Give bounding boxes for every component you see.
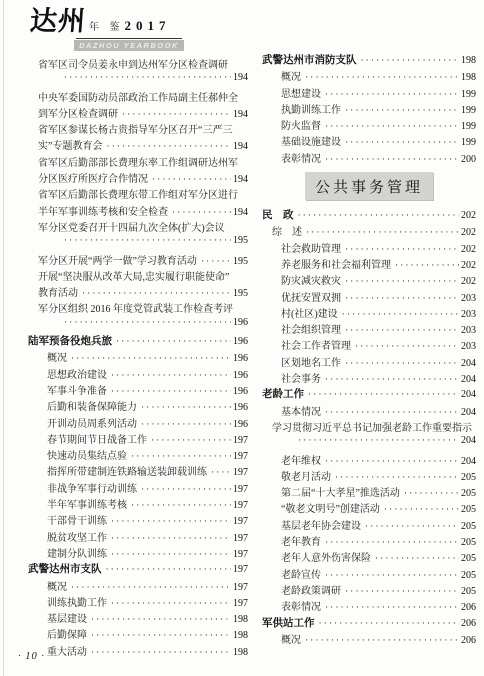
entry-page-number: 199 <box>461 121 476 132</box>
dot-leader <box>116 336 231 347</box>
entry-title: 半年军事训练考核和安全检查 <box>38 203 168 218</box>
dot-leader <box>131 500 231 511</box>
dot-leader <box>325 154 459 165</box>
entry-page-number: 197 <box>233 500 248 511</box>
dot-leader <box>308 389 459 400</box>
dot-leader <box>395 260 459 271</box>
toc-entry-line: 基础设施建设199 <box>262 133 476 149</box>
toc-entry-line: 省军区司令员姜永申到达州军分区检查调研 <box>28 56 248 72</box>
entry-page-number: 198 <box>461 55 476 66</box>
toc-entry-line: 社会事务204 <box>262 370 476 386</box>
dot-leader <box>111 549 231 560</box>
entry-title: 社会救助管理 <box>281 240 341 255</box>
entry-page-number: 206 <box>461 618 476 629</box>
toc-entry-line: 教育活动195 <box>28 284 248 300</box>
masthead-title: 达州 <box>29 8 87 35</box>
dot-leader <box>111 516 231 527</box>
entry-page-number: 196 <box>233 317 248 328</box>
entry-page-number: 196 <box>233 386 248 397</box>
entry-page-number: 194 <box>233 109 248 120</box>
toc-entry-line: 社会组织管理203 <box>262 321 476 337</box>
entry-title: 陆军预备役炮兵旅 <box>28 333 112 348</box>
toc-entry-line: “敬老文明号”创建活动205 <box>262 500 476 516</box>
entry-page-number: 197 <box>233 533 248 544</box>
toc-entry-line: 分区医疗所医疗合作情况194 <box>28 170 248 186</box>
entry-title: 武警达州市支队 <box>28 561 102 576</box>
toc-entry-line: 196 <box>28 317 248 333</box>
toc-entry-line: 指挥所带建制连铁路输送装卸载训练197 <box>28 463 248 479</box>
toc-entry-line: 执勤训练工作199 <box>262 101 476 117</box>
toc-entry-line: 军事斗争准备196 <box>28 382 248 398</box>
dot-leader <box>305 635 459 646</box>
entry-title: 社会组织管理 <box>281 321 341 336</box>
toc-entry-line: 概况197 <box>28 578 248 594</box>
entry-title: 军分区党委召开十四届九次全体(扩大)会议 <box>38 219 225 234</box>
entry-title: 第二届“十大孝星”推选活动 <box>281 484 400 499</box>
dot-leader <box>141 402 231 413</box>
entry-page-number: 202 <box>461 244 476 255</box>
masthead-banner: DAZHOU YEARBOOK <box>74 40 184 51</box>
dot-leader <box>384 504 459 515</box>
entry-page-number: 197 <box>233 467 248 478</box>
entry-page-number: 196 <box>233 336 248 347</box>
dot-leader <box>71 353 231 364</box>
entry-page-number: 204 <box>461 435 476 446</box>
entry-title: 军分区组织 2016 年度党管武装工作检查考评 <box>38 300 233 315</box>
page-scan-edge <box>3 0 4 676</box>
toc-entry-line: 思想政治建设196 <box>28 366 248 382</box>
dot-leader <box>365 521 459 532</box>
dot-leader <box>82 288 231 299</box>
entry-page-number: 200 <box>461 154 476 165</box>
entry-page-number: 196 <box>233 419 248 430</box>
dot-leader <box>355 341 459 352</box>
toc-entry-line: 第二届“十大孝星”推选活动205 <box>262 484 476 500</box>
entry-page-number: 195 <box>233 288 248 299</box>
dot-leader <box>345 325 459 336</box>
masthead-rule <box>76 38 182 39</box>
dot-leader <box>345 105 459 116</box>
dot-leader <box>325 456 459 467</box>
toc-entry-line: 基层老年协会建设205 <box>262 517 476 533</box>
toc-entry-line: 概况196 <box>28 349 248 365</box>
entry-page-number: 194 <box>233 207 248 218</box>
entry-title: 指挥所带建制连铁路输送装卸载训练 <box>47 463 207 478</box>
entry-title: 省军区司令员姜永申到达州军分区检查调研 <box>38 56 228 71</box>
toc-entry-line: 干部骨干训练197 <box>28 512 248 528</box>
entry-title: 中央军委国防动员部政治工作局副主任郝仲全 <box>38 89 238 104</box>
entry-title: 概况 <box>47 349 67 364</box>
toc-entry-line: 到军分区检查调研194 <box>28 105 248 121</box>
entry-title: 表彰情况 <box>281 150 321 165</box>
dot-leader <box>345 293 459 304</box>
entry-page-number: 206 <box>461 635 476 646</box>
toc-entry-line: 老龄宣传205 <box>262 566 476 582</box>
entry-page-number: 195 <box>233 256 248 267</box>
entry-page-number: 197 <box>233 435 248 446</box>
dot-leader <box>345 137 459 148</box>
entry-page-number: 196 <box>233 370 248 381</box>
dot-leader <box>71 582 231 593</box>
dot-leader <box>211 467 231 478</box>
dot-leader <box>122 109 231 120</box>
entry-page-number: 197 <box>233 598 248 609</box>
entry-title: 非战争军事行动训练 <box>47 480 137 495</box>
toc-entry-line: 195 <box>28 235 248 251</box>
dot-leader <box>325 537 459 548</box>
entry-title: 重大活动 <box>47 643 87 658</box>
entry-title: 后勤和装备保障能力 <box>47 398 137 413</box>
toc-entry-line: 半年军事训练考核197 <box>28 496 248 512</box>
toc-entry-line: 省军区后勤部部长费理东率工作组调研达州军 <box>28 154 248 170</box>
entry-page-number: 205 <box>461 570 476 581</box>
dot-leader <box>64 317 231 328</box>
toc-entry-line: 军分区党委召开十四届九次全体(扩大)会议 <box>28 219 248 235</box>
entry-title: 老年人意外伤害保险 <box>281 549 371 564</box>
section-banner-row: 公共事务管理 <box>262 172 476 200</box>
toc-entry-line: 表彰情况200 <box>262 150 476 166</box>
entry-page-number: 198 <box>233 630 248 641</box>
entry-title: 建制分队训练 <box>47 545 107 560</box>
toc-entry-line: 基层建设198 <box>28 610 248 626</box>
entry-title: 军分区开展“两学一做”学习教育活动 <box>38 252 197 267</box>
toc-entry-line: 优抚安置双拥203 <box>262 289 476 305</box>
toc-entry-line: 综 述202 <box>262 223 476 239</box>
dot-leader <box>141 484 231 495</box>
entry-page-number: 205 <box>461 586 476 597</box>
dot-leader <box>91 630 231 641</box>
toc-entry-line: 春节期间节日战备工作197 <box>28 431 248 447</box>
toc-entry-line: 军分区开展“两学一做”学习教育活动195 <box>28 252 248 268</box>
entry-page-number: 197 <box>233 516 248 527</box>
entry-page-number: 205 <box>461 472 476 483</box>
dot-leader <box>172 207 231 218</box>
entry-title: 实”专题教育会 <box>38 137 102 152</box>
toc-entry-line: 半年军事训练考核和安全检查194 <box>28 203 248 219</box>
entry-title: 训练执勤工作 <box>47 594 107 609</box>
entry-page-number: 205 <box>461 521 476 532</box>
entry-title: 社会工作者管理 <box>281 337 351 352</box>
toc-entry-line: 思想建设199 <box>262 85 476 101</box>
entry-title: 教育活动 <box>38 284 78 299</box>
dot-leader <box>91 647 231 658</box>
masthead: 达州 年 鉴 2017 DAZHOU YEARBOOK <box>30 8 230 48</box>
toc-entry-line: 省军区参谋长杨古贵指导军分区召开“三严三 <box>28 121 248 137</box>
toc-entry-line: 军供站工作206 <box>262 615 476 631</box>
dot-leader <box>298 210 460 221</box>
dot-leader <box>375 553 459 564</box>
entry-page-number: 194 <box>233 141 248 152</box>
entry-page-number: 195 <box>233 235 248 246</box>
entry-title: 概况 <box>281 631 301 646</box>
entry-page-number: 203 <box>461 341 476 352</box>
section-banner: 公共事务管理 <box>305 172 433 200</box>
dot-leader <box>361 55 460 66</box>
entry-title: 开展“坚决服从改革大局,忠实履行职能使命” <box>38 268 229 283</box>
dot-leader <box>91 614 231 625</box>
entry-page-number: 204 <box>461 407 476 418</box>
entry-page-number: 205 <box>461 504 476 515</box>
entry-title: 半年军事训练考核 <box>47 496 127 511</box>
entry-title: 老龄工作 <box>262 386 304 401</box>
entry-page-number: 194 <box>233 174 248 185</box>
toc-entry-line: 区划地名工作204 <box>262 354 476 370</box>
entry-page-number: 202 <box>461 260 476 271</box>
dot-leader <box>64 72 231 83</box>
entry-title: 脱贫攻坚工作 <box>47 529 107 544</box>
entry-title: 省军区参谋长杨古贵指导军分区召开“三严三 <box>38 121 232 136</box>
dot-leader <box>131 451 231 462</box>
toc-entry-line: 实”专题教育会194 <box>28 137 248 153</box>
entry-page-number: 204 <box>461 358 476 369</box>
toc-entry-line: 开训动员周系列活动196 <box>28 415 248 431</box>
dot-leader <box>345 244 459 255</box>
entry-title: 防火监督 <box>281 117 321 132</box>
toc-entry-line: 村(社区)建设203 <box>262 305 476 321</box>
entry-page-number: 206 <box>461 602 476 613</box>
dot-leader <box>342 309 459 320</box>
dot-leader <box>325 374 459 385</box>
entry-page-number: 197 <box>233 549 248 560</box>
dot-leader <box>111 598 231 609</box>
dot-leader <box>111 386 231 397</box>
dot-leader <box>111 533 231 544</box>
entry-title: 概况 <box>47 578 67 593</box>
entry-page-number: 205 <box>461 488 476 499</box>
entry-title: 学习贯彻习近平总书记加强老龄工作重要指示 <box>272 419 472 434</box>
entry-page-number: 197 <box>233 582 248 593</box>
entry-page-number: 203 <box>461 293 476 304</box>
toc-entry-line: 概况206 <box>262 631 476 647</box>
toc-entry-line: 养老服务和社会福利管理202 <box>262 256 476 272</box>
toc-entry-line: 非战争军事行动训练197 <box>28 480 248 496</box>
entry-page-number: 203 <box>461 325 476 336</box>
toc-entry-line: 社会救助管理202 <box>262 240 476 256</box>
toc-entry-line: 武警达州市支队197 <box>28 561 248 577</box>
toc-entry-line: 老年教育205 <box>262 533 476 549</box>
dot-leader <box>152 174 231 185</box>
entry-page-number: 196 <box>233 353 248 364</box>
toc-columns: 省军区司令员姜永申到达州军分区检查调研194中央军委国防动员部政治工作局副主任郝… <box>28 52 476 659</box>
entry-page-number: 204 <box>461 374 476 385</box>
toc-entry-line: 快速动员集结点验197 <box>28 447 248 463</box>
entry-title: 基础设施建设 <box>281 133 341 148</box>
masthead-banner-text: DAZHOU YEARBOOK <box>79 41 179 50</box>
toc-entry-line: 开展“坚决服从改革大局,忠实履行职能使命” <box>28 268 248 284</box>
entry-title: 优抚安置双拥 <box>281 289 341 304</box>
entry-page-number: 198 <box>461 72 476 83</box>
toc-entry-line: 194 <box>28 72 248 88</box>
entry-title: 区划地名工作 <box>281 354 341 369</box>
entry-page-number: 202 <box>461 210 476 221</box>
entry-page-number: 194 <box>233 72 248 83</box>
toc-entry-line: 脱贫攻坚工作197 <box>28 529 248 545</box>
toc-entry-line: 武警达州市消防支队198 <box>262 52 476 68</box>
entry-title: 防灾减灾救灾 <box>281 272 341 287</box>
entry-title: 省军区后勤部长费理东带工作组对军分区进行 <box>38 186 238 201</box>
toc-entry-line: 204 <box>262 435 476 451</box>
toc-entry-line: 民 政202 <box>262 207 476 223</box>
toc-entry-line: 后勤保障198 <box>28 626 248 642</box>
entry-title: 基层老年协会建设 <box>281 517 361 532</box>
dot-leader <box>325 89 459 100</box>
toc-entry-line: 基本情况204 <box>262 403 476 419</box>
entry-page-number: 202 <box>461 276 476 287</box>
entry-title: 分区医疗所医疗合作情况 <box>38 170 148 185</box>
entry-title: 老年维权 <box>281 452 321 467</box>
entry-title: 基层建设 <box>47 610 87 625</box>
entry-page-number: 199 <box>461 105 476 116</box>
dot-leader <box>298 435 459 446</box>
dot-leader <box>335 472 459 483</box>
entry-page-number: 197 <box>233 484 248 495</box>
toc-entry-line: 老年人意外伤害保险205 <box>262 549 476 565</box>
toc-entry-line: 军分区组织 2016 年度党管武装工作检查考评 <box>28 300 248 316</box>
dot-leader <box>319 618 460 629</box>
dot-leader <box>345 586 459 597</box>
toc-entry-line: 训练执勤工作197 <box>28 594 248 610</box>
entry-title: 执勤训练工作 <box>281 101 341 116</box>
entry-title: 武警达州市消防支队 <box>262 52 357 67</box>
masthead-year: 2017 <box>125 18 171 34</box>
dot-leader <box>325 602 459 613</box>
dot-leader <box>111 370 231 381</box>
toc-column-right: 武警达州市消防支队198概况198思想建设199执勤训练工作199防火监督199… <box>262 52 476 659</box>
entry-page-number: 204 <box>461 456 476 467</box>
dot-leader <box>306 227 459 238</box>
masthead-subtitle: 年 鉴 <box>89 18 124 33</box>
entry-title: 思想建设 <box>281 85 321 100</box>
entry-page-number: 205 <box>461 553 476 564</box>
dot-leader <box>305 72 459 83</box>
toc-entry-line: 重大活动198 <box>28 643 248 659</box>
entry-title: 老龄政策调研 <box>281 582 341 597</box>
toc-entry-line: 陆军预备役炮兵旅196 <box>28 333 248 349</box>
entry-page-number: 204 <box>461 389 476 400</box>
entry-title: 军供站工作 <box>262 615 315 630</box>
entry-page-number: 205 <box>461 537 476 548</box>
entry-page-number: 197 <box>233 564 248 575</box>
entry-title: 表彰情况 <box>281 598 321 613</box>
toc-entry-line: 防火监督199 <box>262 117 476 133</box>
entry-title: 村(社区)建设 <box>281 305 338 320</box>
entry-title: 老年教育 <box>281 533 321 548</box>
page-number-footer: · 10 · <box>18 651 45 662</box>
entry-title: 后勤保障 <box>47 626 87 641</box>
entry-page-number: 198 <box>233 614 248 625</box>
dot-leader <box>345 276 459 287</box>
toc-entry-line: 老龄政策调研205 <box>262 582 476 598</box>
entry-page-number: 198 <box>233 647 248 658</box>
entry-page-number: 196 <box>233 402 248 413</box>
dot-leader <box>325 121 459 132</box>
dot-leader <box>106 564 232 575</box>
entry-title: “敬老文明号”创建活动 <box>281 500 380 515</box>
toc-entry-line: 老年维权204 <box>262 452 476 468</box>
entry-title: 干部骨干训练 <box>47 512 107 527</box>
entry-page-number: 203 <box>461 309 476 320</box>
entry-title: 省军区后勤部部长费理东率工作组调研达州军 <box>38 154 238 169</box>
dot-leader <box>141 419 231 430</box>
toc-entry-line: 建制分队训练197 <box>28 545 248 561</box>
toc-entry-line: 敬老月活动205 <box>262 468 476 484</box>
toc-entry-line: 老龄工作204 <box>262 386 476 402</box>
entry-title: 敬老月活动 <box>281 468 331 483</box>
dot-leader <box>325 570 459 581</box>
entry-title: 养老服务和社会福利管理 <box>281 256 391 271</box>
entry-page-number: 199 <box>461 137 476 148</box>
entry-page-number: 199 <box>461 89 476 100</box>
toc-entry-line: 后勤和装备保障能力196 <box>28 398 248 414</box>
toc-entry-line: 省军区后勤部长费理东带工作组对军分区进行 <box>28 186 248 202</box>
entry-title: 到军分区检查调研 <box>38 105 118 120</box>
dot-leader <box>201 256 231 267</box>
entry-title: 春节期间节日战备工作 <box>47 431 147 446</box>
entry-title: 民 政 <box>262 207 294 222</box>
dot-leader <box>106 141 231 152</box>
toc-entry-line: 学习贯彻习近平总书记加强老龄工作重要指示 <box>262 419 476 435</box>
entry-title: 基本情况 <box>281 403 321 418</box>
toc-entry-line: 社会工作者管理203 <box>262 337 476 353</box>
toc-entry-line: 表彰情况206 <box>262 598 476 614</box>
entry-title: 思想政治建设 <box>47 366 107 381</box>
toc-entry-line: 防灾减灾救灾202 <box>262 272 476 288</box>
entry-title: 军事斗争准备 <box>47 382 107 397</box>
entry-title: 老龄宣传 <box>281 566 321 581</box>
entry-title: 开训动员周系列活动 <box>47 415 137 430</box>
dot-leader <box>151 435 231 446</box>
dot-leader <box>325 407 459 418</box>
toc-column-left: 省军区司令员姜永申到达州军分区检查调研194中央军委国防动员部政治工作局副主任郝… <box>28 52 248 659</box>
entry-page-number: 197 <box>233 451 248 462</box>
dot-leader <box>404 488 459 499</box>
entry-page-number: 202 <box>461 227 476 238</box>
entry-title: 快速动员集结点验 <box>47 447 127 462</box>
toc-entry-line: 概况198 <box>262 68 476 84</box>
dot-leader <box>64 235 231 246</box>
dot-leader <box>345 358 459 369</box>
entry-title: 社会事务 <box>281 370 321 385</box>
entry-title: 综 述 <box>272 223 302 238</box>
entry-title: 概况 <box>281 68 301 83</box>
toc-entry-line: 中央军委国防动员部政治工作局副主任郝仲全 <box>28 89 248 105</box>
